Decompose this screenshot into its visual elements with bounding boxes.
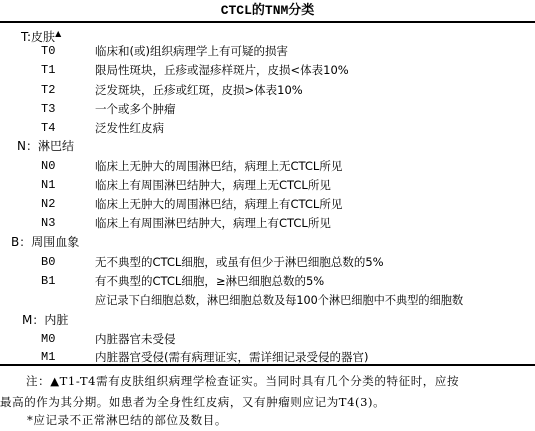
table-row: M0 内脏器官未受侵	[0, 330, 535, 349]
description: 内脏器官未受侵	[95, 330, 176, 349]
table-row: B0 无不典型的CTCL细胞，或虽有但少于淋巴细胞总数的5%	[0, 253, 535, 272]
table-row: 应记录下白细胞总数，淋巴细胞总数及每100个淋巴细胞中不典型的细胞数	[0, 291, 535, 310]
table-row: T3 一个或多个肿瘤	[0, 100, 535, 119]
category-label: M：内脏	[22, 313, 68, 327]
table-row: B1 有不典型的CTCL细胞，≥淋巴细胞总数的5%	[0, 272, 535, 291]
category-n: N：淋巴结	[17, 137, 74, 156]
code: N1	[41, 176, 55, 195]
code: B0	[41, 253, 55, 272]
code: M0	[41, 330, 55, 349]
description: 临床上有周围淋巴结肿大，病理上有CTCL所见	[95, 214, 331, 233]
description: 泛发斑块，丘疹或红斑，皮损>体表10%	[95, 81, 303, 100]
top-rule	[0, 21, 535, 23]
code: T4	[41, 119, 55, 138]
category-t: T:皮肤▲	[21, 24, 61, 43]
triangle-marker-icon: ▲	[55, 29, 61, 38]
bottom-rule	[0, 364, 535, 366]
description: 泛发性红皮病	[95, 119, 164, 138]
table-row: T2 泛发斑块，丘疹或红斑，皮损>体表10%	[0, 81, 535, 100]
code: T1	[41, 61, 55, 80]
note-line-3: *应记录不正常淋巴结的部位及数目。	[27, 411, 227, 429]
description: 临床上有周围淋巴结肿大，病理上无CTCL所见	[95, 176, 331, 195]
table-row: T0 临床和(或)组织病理学上有可疑的损害	[0, 42, 535, 61]
note-line-2: 最高的作为其分期。如患者为全身性红皮病，又有肿瘤则应记为T4(3)。	[0, 393, 385, 411]
code: T2	[41, 81, 55, 100]
code: B1	[41, 272, 55, 291]
code: N3	[41, 214, 55, 233]
description: 一个或多个肿瘤	[95, 100, 176, 119]
table-row: T1 限局性斑块，丘疹或湿疹样斑片，皮损<体表10%	[0, 61, 535, 80]
category-b: B：周围血象	[11, 233, 79, 252]
code: T0	[41, 42, 55, 61]
description: 临床上无肿大的周围淋巴结，病理上有CTCL所见	[95, 195, 342, 214]
description: 限局性斑块，丘疹或湿疹样斑片，皮损<体表10%	[95, 61, 349, 80]
category-label: N：淋巴结	[17, 139, 74, 153]
category-m: M：内脏	[22, 311, 68, 330]
table-row: T4 泛发性红皮病	[0, 119, 535, 138]
note-line-1: 注：▲T1-T4需有皮肤组织病理学检查证实。当同时具有几个分类的特征时，应按	[26, 372, 459, 390]
description: 无不典型的CTCL细胞，或虽有但少于淋巴细胞总数的5%	[95, 253, 384, 272]
description: 临床上无肿大的周围淋巴结，病理上无CTCL所见	[95, 157, 342, 176]
code: N2	[41, 195, 55, 214]
description: 有不典型的CTCL细胞，≥淋巴细胞总数的5%	[95, 272, 324, 291]
table-row: N0 临床上无肿大的周围淋巴结，病理上无CTCL所见	[0, 157, 535, 176]
description: 应记录下白细胞总数，淋巴细胞总数及每100个淋巴细胞中不典型的细胞数	[95, 291, 463, 310]
code: T3	[41, 100, 55, 119]
table-row: N3 临床上有周围淋巴结肿大，病理上有CTCL所见	[0, 214, 535, 233]
description: 临床和(或)组织病理学上有可疑的损害	[95, 42, 288, 61]
table-row: N1 临床上有周围淋巴结肿大，病理上无CTCL所见	[0, 176, 535, 195]
table-row: N2 临床上无肿大的周围淋巴结，病理上有CTCL所见	[0, 195, 535, 214]
code: N0	[41, 157, 55, 176]
category-label: B：周围血象	[11, 235, 79, 249]
table-title: CTCL的TNM分类	[0, 3, 535, 19]
